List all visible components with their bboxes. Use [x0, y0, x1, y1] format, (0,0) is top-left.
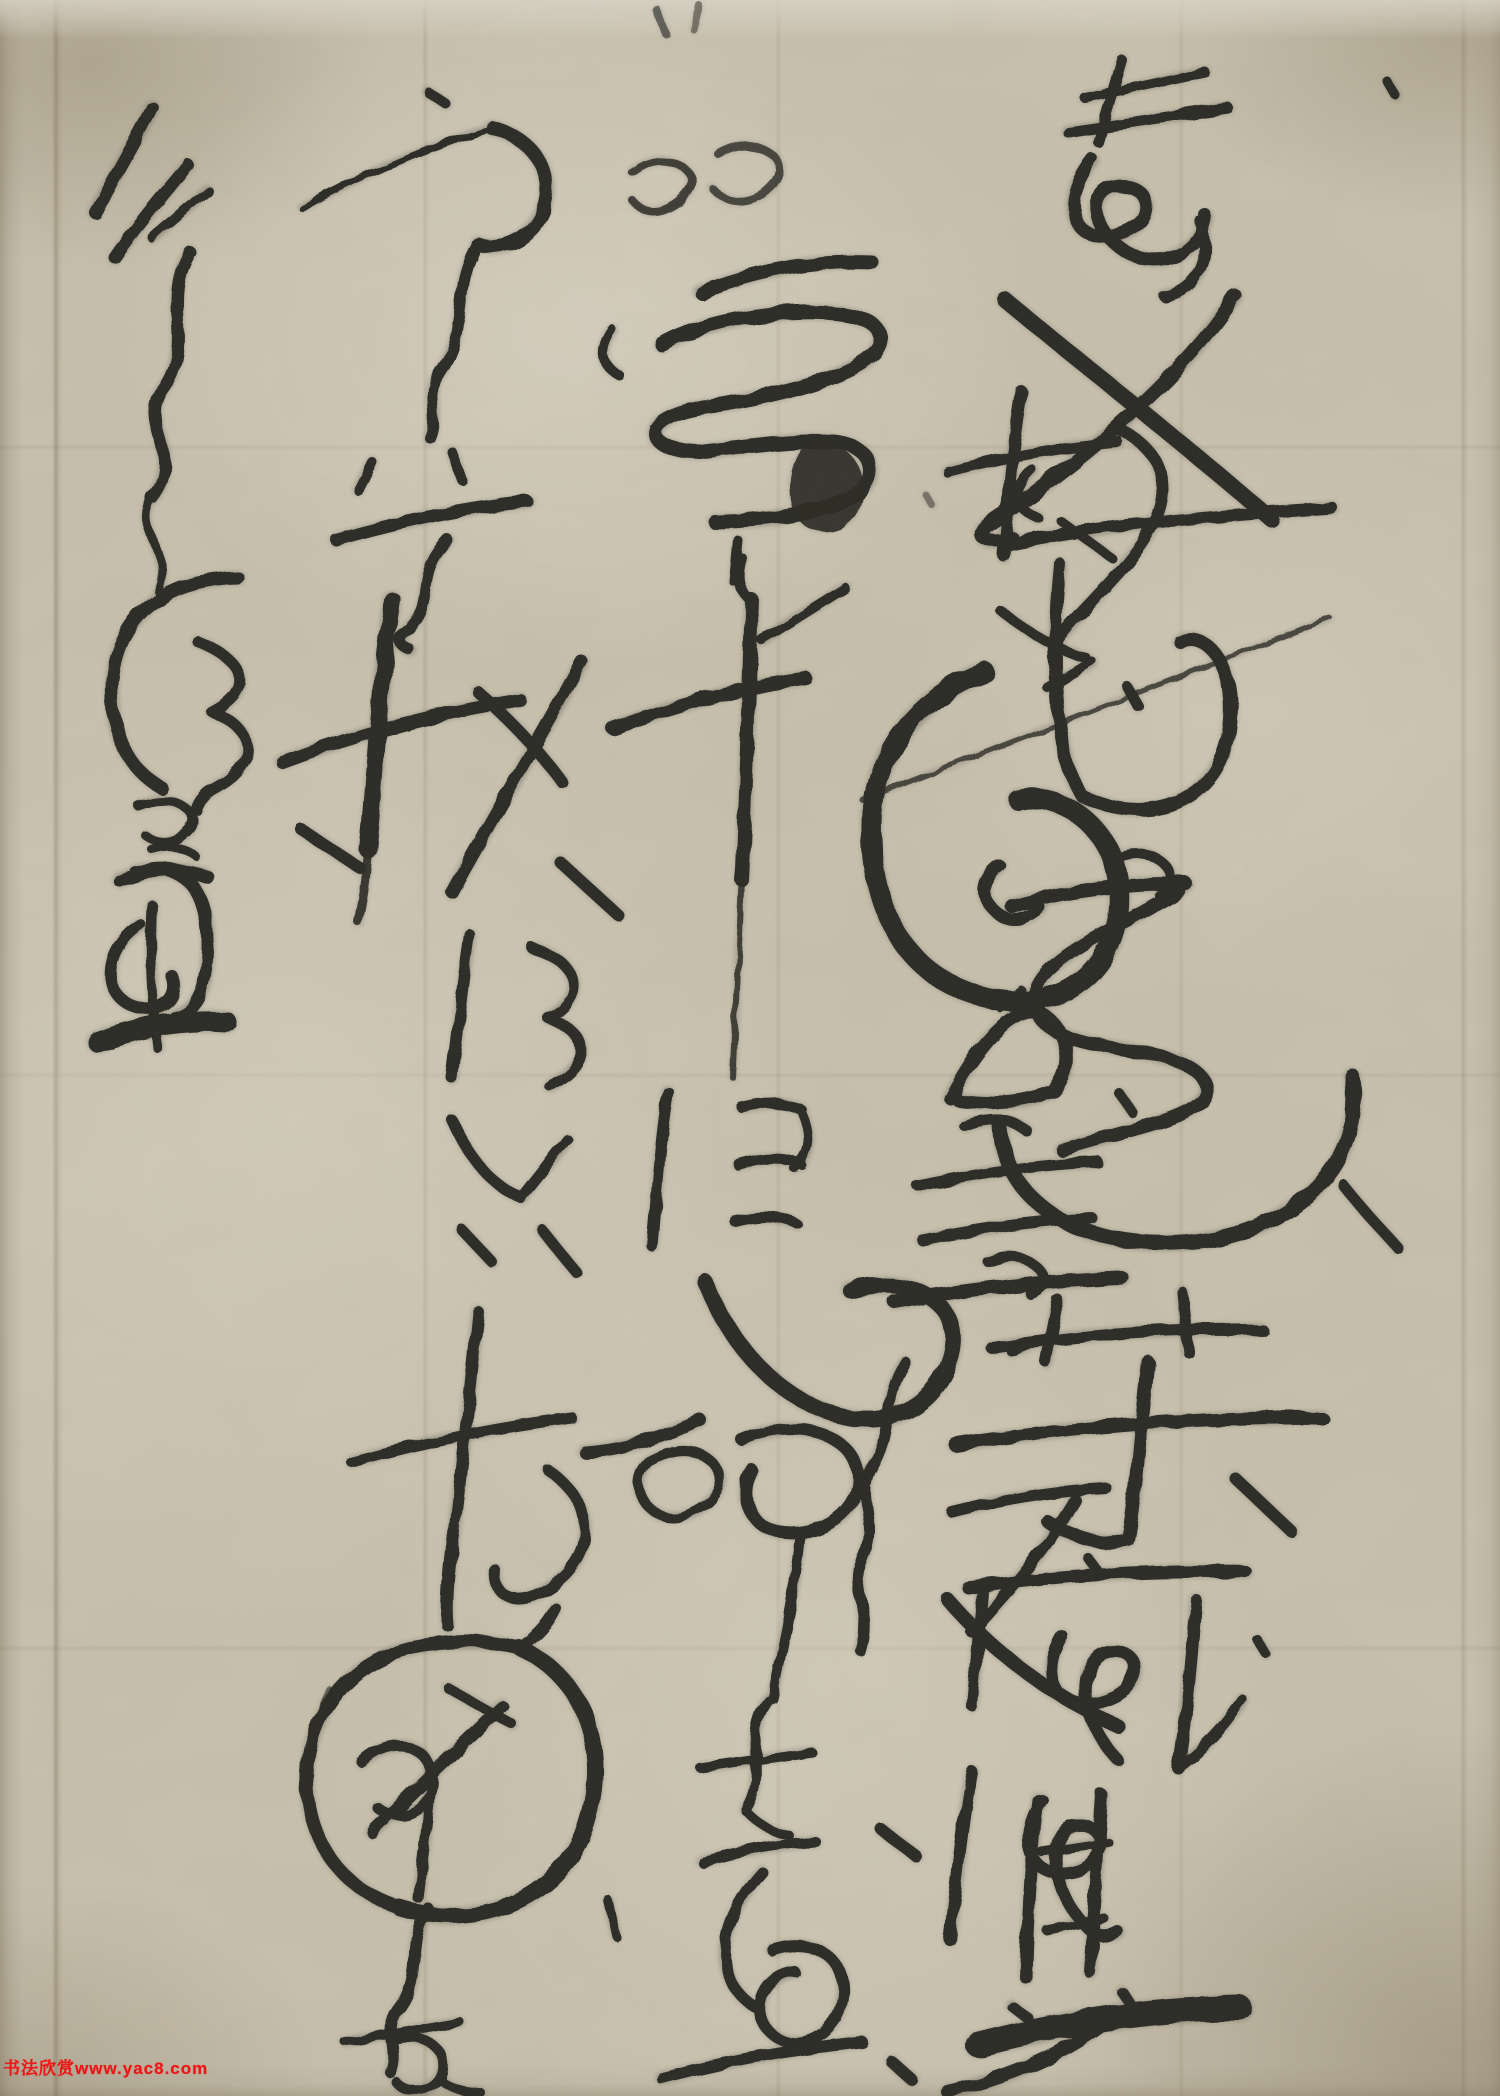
site-watermark: 书法欣赏www.yac8.com [3, 2054, 208, 2079]
ink-strokes [0, 0, 1500, 2096]
calligraphy-sheet: 萬大守爲黃時直 楚遊山盡波振心 無車馬鳴至流 寒花秋江冷故國三 千深宮里 书法欣… [0, 0, 1500, 2096]
